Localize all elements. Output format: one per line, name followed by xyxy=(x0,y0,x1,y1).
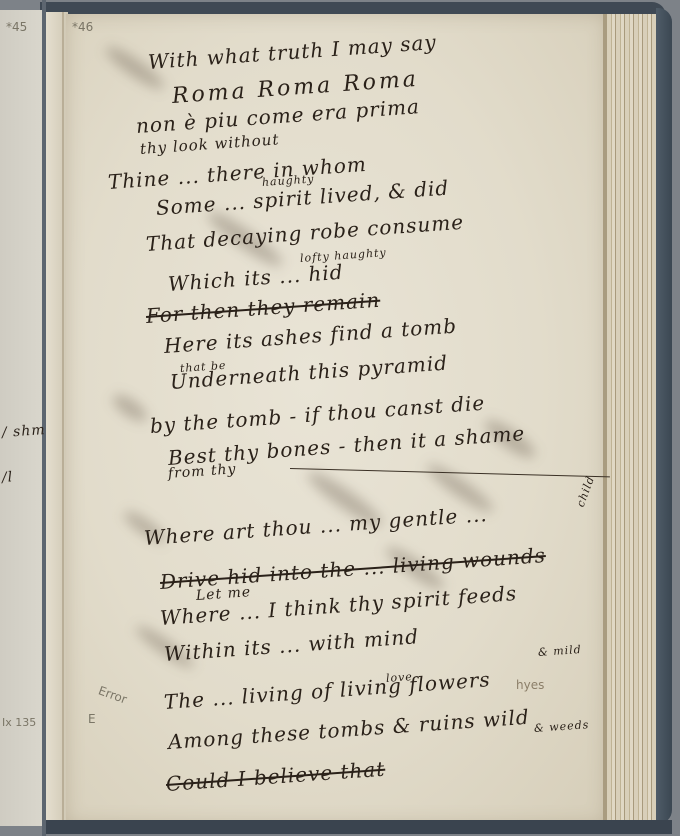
page-block-edges xyxy=(607,14,659,820)
pencil-insertion: hyes xyxy=(516,678,544,692)
book-cover-right xyxy=(656,8,672,824)
left-page-number: *45 xyxy=(6,20,27,34)
right-page-number: *46 xyxy=(72,20,93,34)
left-page-pencil-note: Ix 135 xyxy=(2,716,36,729)
margin-note: E xyxy=(88,712,96,726)
gutter xyxy=(46,12,68,822)
gutter-rule xyxy=(62,12,64,822)
previous-page xyxy=(0,10,42,826)
manuscript-scan: *45 *46 / shm /l Ix 135 Error E With wha… xyxy=(0,0,680,836)
left-page-fragment: /l xyxy=(1,469,13,486)
book-cover-bottom xyxy=(46,820,672,834)
left-page-fragment: / shm xyxy=(1,422,46,441)
